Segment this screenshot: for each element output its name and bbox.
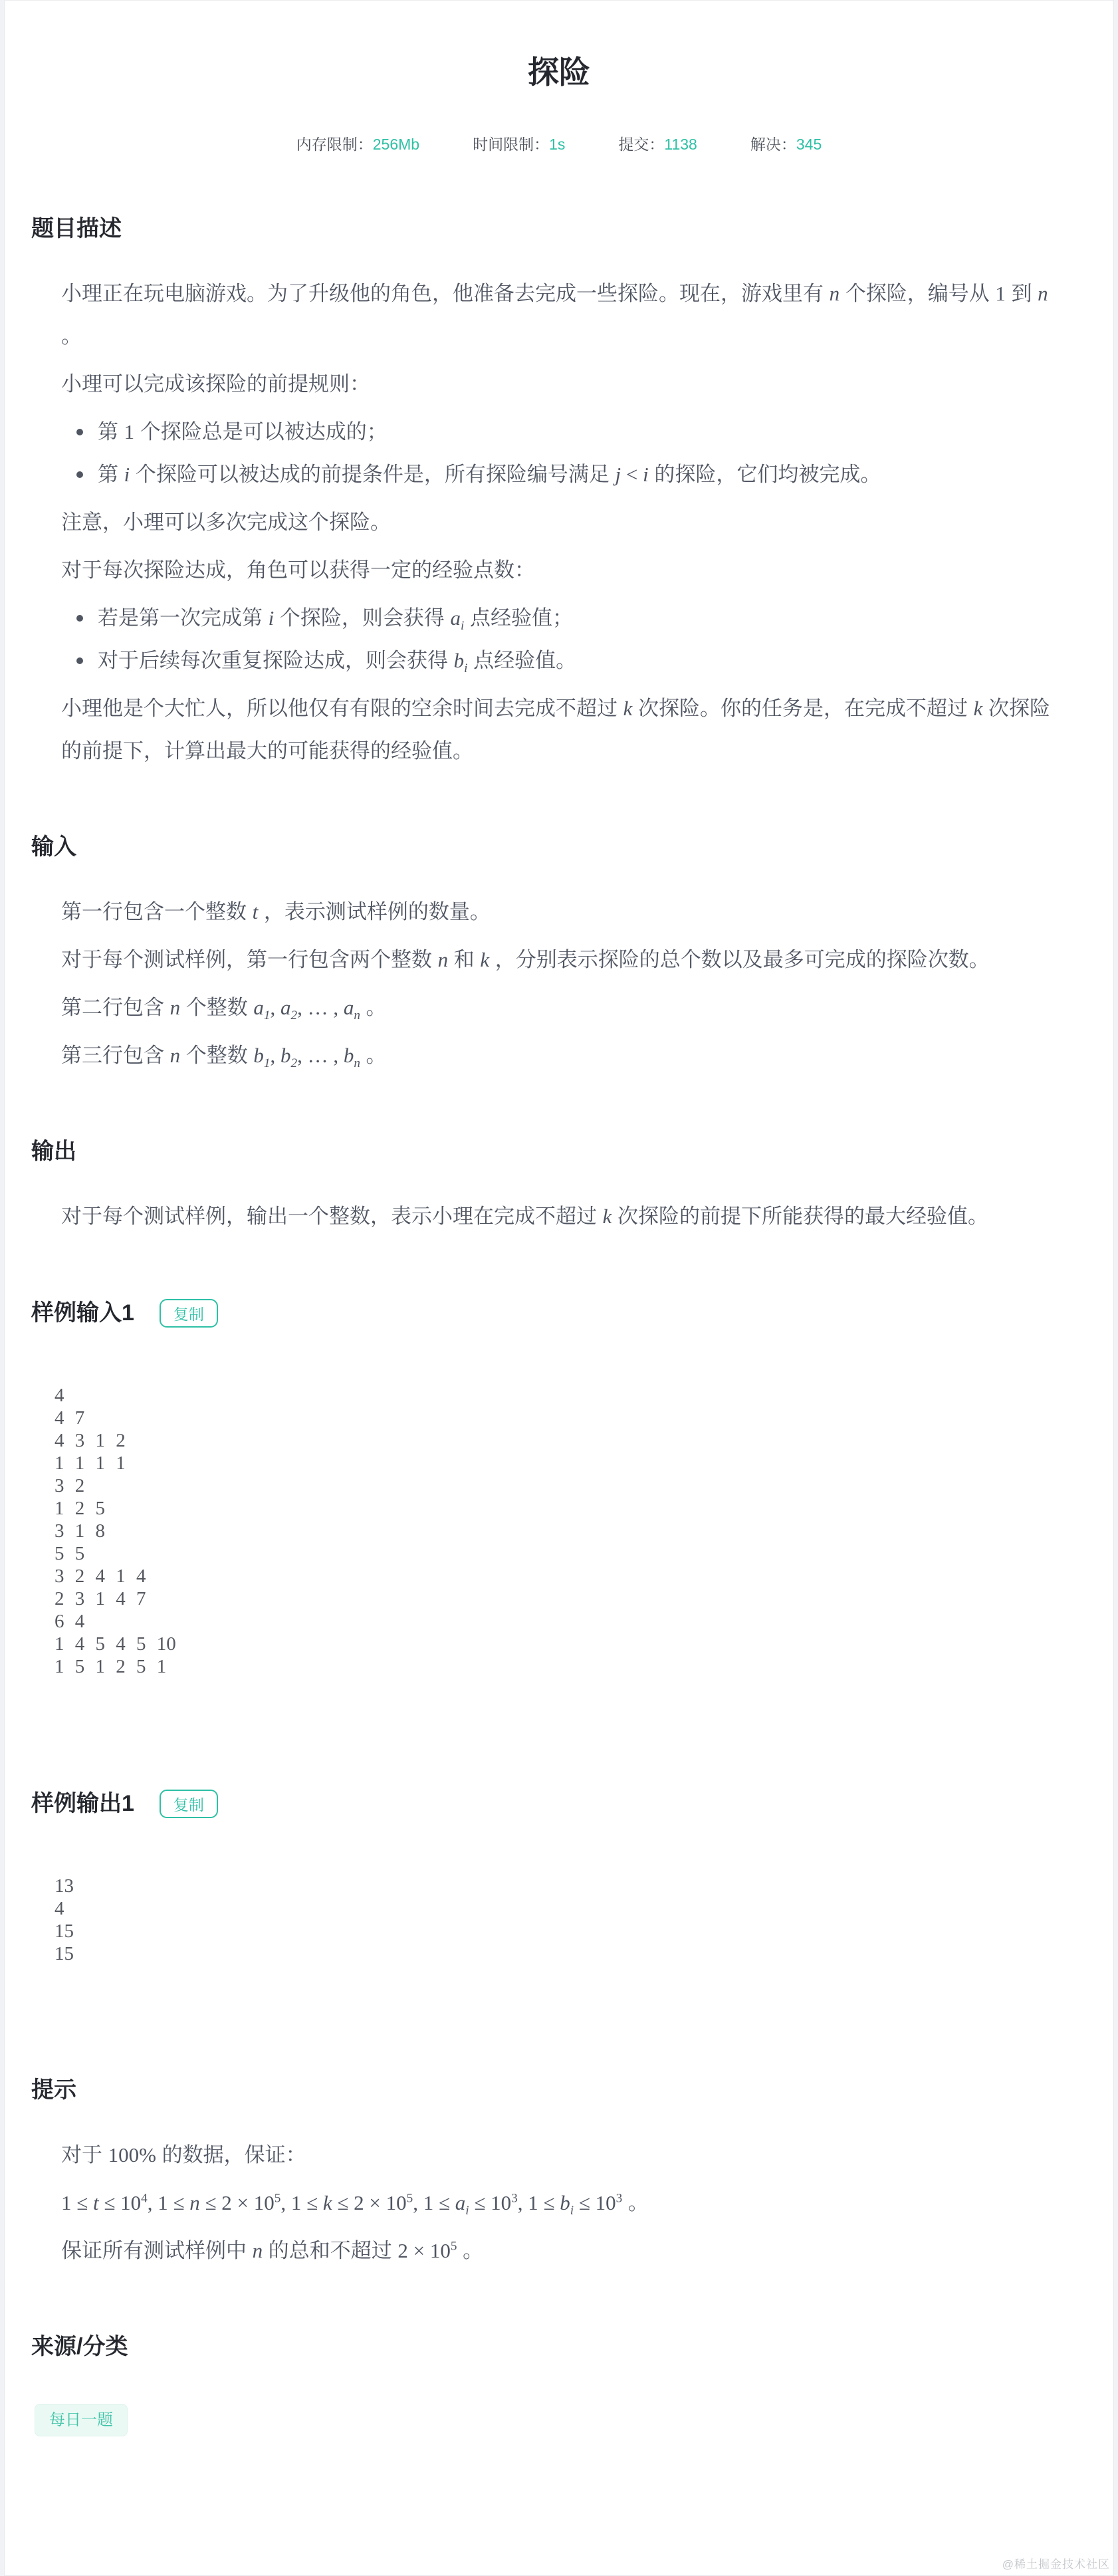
stat-label: 解决： [750, 136, 796, 153]
sample-input-header: 样例输入1 复制 [31, 1298, 1087, 1328]
list-item: 第 1 个探险总是可以被达成的； [98, 411, 1087, 453]
description-paragraph-1: 小理正在玩电脑游戏。为了升级他的角色，他准备去完成一些探险。现在，游戏里有 n … [61, 273, 1057, 358]
sample-input-heading: 样例输入1 [31, 1298, 134, 1328]
rules-list: 第 1 个探险总是可以被达成的； 第 i 个探险可以被达成的前提条件是，所有探险… [61, 411, 1087, 496]
sample-output-heading: 样例输出1 [31, 1788, 134, 1819]
section-heading-hint: 提示 [31, 2075, 1087, 2105]
input-paragraph-4: 第三行包含 n 个整数 b1, b2, … , bn 。 [61, 1034, 1057, 1077]
copy-sample-output-button[interactable]: 复制 [160, 1790, 218, 1818]
hint-paragraph-1: 对于 100% 的数据，保证： [61, 2134, 1057, 2176]
stat-value: 1138 [664, 136, 697, 153]
hint-paragraph-3: 保证所有测试样例中 n 的总和不超过 2 × 105 。 [61, 2230, 1057, 2272]
list-item: 对于后续每次重复探险达成，则会获得 bi 点经验值。 [98, 640, 1087, 682]
description-paragraph-2: 小理可以完成该探险的前提规则： [61, 363, 1057, 406]
page-title: 探险 [31, 53, 1087, 92]
list-item: 若是第一次完成第 i 个探险，则会获得 ai 点经验值； [98, 597, 1087, 640]
stat-memory-limit: 内存限制：256Mb [296, 134, 419, 154]
copy-sample-input-button[interactable]: 复制 [160, 1299, 218, 1328]
sample-input-code: 4 4 7 4 3 1 2 1 1 1 1 3 2 1 2 5 3 1 8 5 … [31, 1384, 1087, 1678]
stat-time-limit: 时间限制：1s [473, 134, 565, 154]
description-paragraph-4: 对于每次探险达成，角色可以获得一定的经验点数： [61, 549, 1057, 592]
sample-output-header: 样例输出1 复制 [31, 1788, 1087, 1819]
input-paragraph-1: 第一行包含一个整数 t ，表示测试样例的数量。 [61, 891, 1057, 933]
stat-solved: 解决：345 [750, 134, 822, 154]
source-tag-daily-problem[interactable]: 每日一题 [35, 2404, 128, 2436]
stat-value: 1s [549, 136, 565, 153]
stat-label: 提交： [618, 136, 664, 153]
section-heading-input: 输入 [31, 832, 1087, 862]
hint-paragraph-constraints: 1 ≤ t ≤ 104, 1 ≤ n ≤ 2 × 105, 1 ≤ k ≤ 2 … [61, 2182, 1057, 2224]
stat-label: 时间限制： [473, 136, 549, 153]
output-paragraph-1: 对于每个测试样例，输出一个整数，表示小理在完成不超过 k 次探险的前提下所能获得… [61, 1195, 1057, 1238]
description-paragraph-3: 注意，小理可以多次完成这个探险。 [61, 501, 1057, 544]
list-item: 第 i 个探险可以被达成的前提条件是，所有探险编号满足 j < i 的探险，它们… [98, 453, 1087, 496]
stat-value: 345 [796, 136, 822, 153]
watermark: @稀土掘金技术社区 [1002, 2555, 1110, 2571]
input-paragraph-3: 第二行包含 n 个整数 a1, a2, … , an 。 [61, 987, 1057, 1029]
problem-card: 探险 内存限制：256Mb 时间限制：1s 提交：1138 解决：345 题目描… [4, 0, 1114, 2576]
stat-label: 内存限制： [296, 136, 373, 153]
rewards-list: 若是第一次完成第 i 个探险，则会获得 ai 点经验值； 对于后续每次重复探险达… [61, 597, 1087, 682]
stat-submissions: 提交：1138 [618, 134, 697, 154]
section-heading-description: 题目描述 [31, 214, 1087, 243]
input-paragraph-2: 对于每个测试样例，第一行包含两个整数 n 和 k ，分别表示探险的总个数以及最多… [61, 939, 1057, 981]
section-heading-output: 输出 [31, 1137, 1087, 1166]
sample-output-code: 13 4 15 15 [31, 1875, 1087, 1965]
section-heading-source: 来源/分类 [31, 2332, 1087, 2361]
stat-value: 256Mb [373, 136, 419, 153]
description-paragraph-5: 小理他是个大忙人，所以他仅有有限的空余时间去完成不超过 k 次探险。你的任务是，… [61, 687, 1057, 772]
stats-row: 内存限制：256Mb 时间限制：1s 提交：1138 解决：345 [31, 134, 1087, 154]
